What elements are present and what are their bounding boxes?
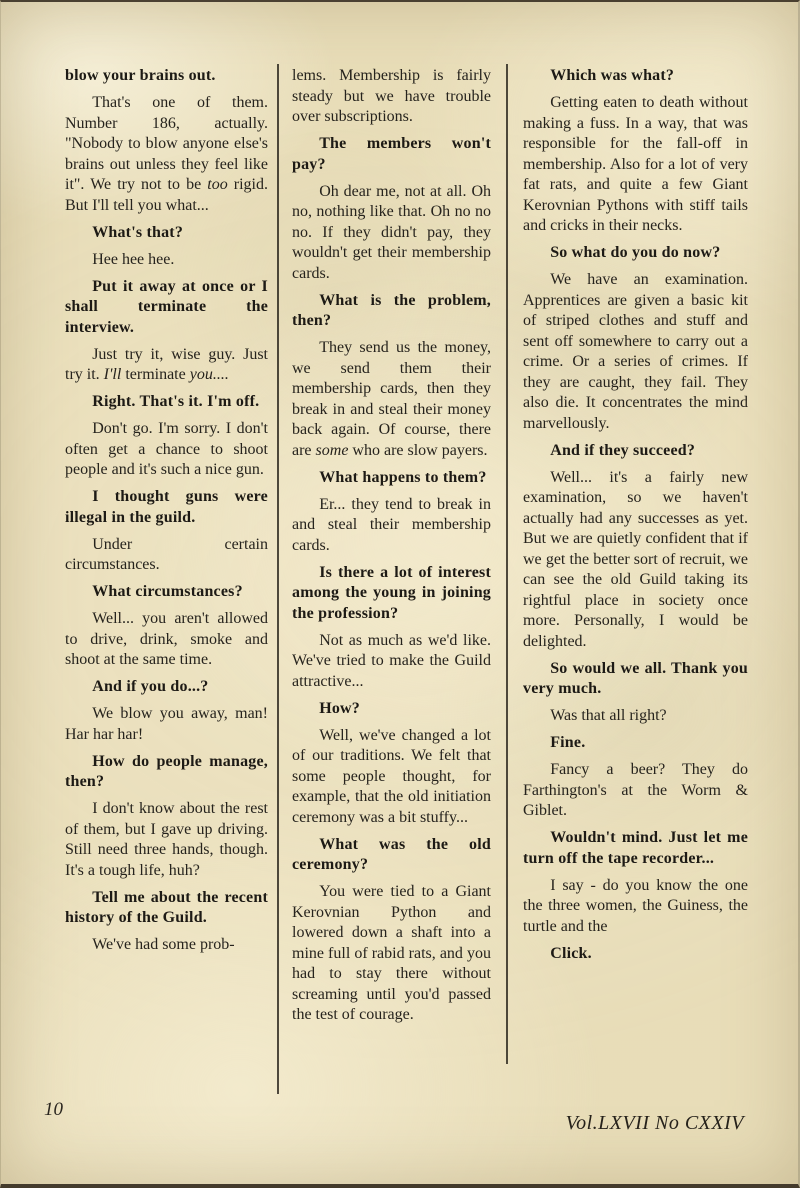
text-segment: Fancy a beer? They do Farthington's at t… [523,761,748,819]
question-paragraph: Put it away at once or I shall terminate… [65,277,268,339]
text-segment: What circumstances? [92,583,243,600]
text-segment: And if you do...? [92,678,208,695]
answer-paragraph: We blow you away, man! Har har har! [65,704,268,745]
text-segment: What is the problem, then? [292,292,491,330]
question-paragraph: The members won't pay? [292,134,491,175]
text-segment: Fine. [550,734,585,751]
question-paragraph: Which was what? [523,66,748,87]
text-segment: blow your brains out. [65,67,216,84]
question-paragraph: What happens to them? [292,468,491,489]
text-segment: terminate [121,366,189,383]
text-segment: who are slow payers. [348,442,487,459]
answer-paragraph: Fancy a beer? They do Farthington's at t… [523,760,748,822]
text-segment: You were tied to a Giant Kerovnian Pytho… [292,883,491,1023]
text-segment: Wouldn't mind. Just let me turn off the … [523,829,748,867]
question-paragraph: blow your brains out. [65,66,268,87]
text-segment: We blow you away, man! Har har har! [65,705,268,743]
answer-paragraph: Well... you aren't allowed to drive, dri… [65,609,268,671]
text-segment: We've had some prob- [92,936,234,953]
text-segment: Well... you aren't allowed to drive, dri… [65,610,268,668]
text-segment: Oh dear me, not at all. Oh no, nothing l… [292,183,491,282]
text-segment: Right. That's it. I'm off. [92,393,259,410]
text-segment: What happens to them? [319,469,486,486]
question-paragraph: Tell me about the recent history of the … [65,888,268,929]
text-column-2: lems. Membership is fairly steady but we… [292,66,491,1032]
magazine-page: blow your brains out.That's one of them.… [0,0,800,1188]
answer-paragraph: I say - do you know the one the three wo… [523,876,748,938]
text-segment: Getting eaten to death without making a … [523,94,748,234]
text-segment: And if they succeed? [550,442,695,459]
text-segment: I thought guns were illegal in the guild… [65,488,268,526]
page-number: 10 [44,1099,63,1121]
answer-paragraph: Was that all right? [523,706,748,727]
answer-paragraph: That's one of them. Number 186, actually… [65,93,268,216]
answer-paragraph: lems. Membership is fairly steady but we… [292,66,491,128]
text-segment: Not as much as we'd like. We've tried to… [292,632,491,690]
italic-text-segment: I'll [104,366,122,383]
answer-paragraph: Under certain circumstances. [65,535,268,576]
italic-text-segment: some [316,442,349,459]
text-segment: Was that all right? [550,707,666,724]
answer-paragraph: Well, we've changed a lot of our traditi… [292,726,491,829]
volume-issue-label: Vol.LXVII No CXXIV [566,1112,744,1135]
answer-paragraph: I don't know about the rest of them, but… [65,799,268,881]
text-segment: We have an examination. Apprentices are … [523,271,748,432]
question-paragraph: Wouldn't mind. Just let me turn off the … [523,828,748,869]
text-segment: Don't go. I'm sorry. I don't often get a… [65,420,268,478]
column-divider [506,64,508,1064]
question-paragraph: Fine. [523,733,748,754]
italic-text-segment: you.... [190,366,229,383]
question-paragraph: What was the old ceremony? [292,835,491,876]
question-paragraph: And if they succeed? [523,441,748,462]
text-segment: I say - do you know the one the three wo… [523,877,748,935]
text-segment: Tell me about the recent history of the … [65,889,268,927]
text-segment: How? [319,700,360,717]
text-segment: Hee hee hee. [92,251,174,268]
column-divider [277,64,279,1094]
question-paragraph: What's that? [65,223,268,244]
question-paragraph: And if you do...? [65,677,268,698]
answer-paragraph: Not as much as we'd like. We've tried to… [292,631,491,693]
text-segment: So would we all. Thank you very much. [523,660,748,698]
text-segment: Well... it's a fairly new examination, s… [523,469,748,650]
question-paragraph: How do people manage, then? [65,752,268,793]
text-segment: What's that? [92,224,183,241]
text-segment: The members won't pay? [292,135,491,173]
text-segment: Which was what? [550,67,674,84]
answer-paragraph: Getting eaten to death without making a … [523,93,748,237]
text-segment: Well, we've changed a lot of our traditi… [292,727,491,826]
text-segment: What was the old ceremony? [292,836,491,874]
answer-paragraph: We've had some prob- [65,935,268,956]
answer-paragraph: Don't go. I'm sorry. I don't often get a… [65,419,268,481]
question-paragraph: I thought guns were illegal in the guild… [65,487,268,528]
answer-paragraph: We have an examination. Apprentices are … [523,270,748,434]
text-segment: So what do you do now? [550,244,720,261]
question-paragraph: So would we all. Thank you very much. [523,659,748,700]
text-segment: lems. Membership is fairly steady but we… [292,67,491,125]
question-paragraph: What circumstances? [65,582,268,603]
text-segment: How do people manage, then? [65,753,268,791]
text-segment: Is there a lot of interest among the you… [292,564,491,622]
answer-paragraph: They send us the money, we send them the… [292,338,491,461]
question-paragraph: Right. That's it. I'm off. [65,392,268,413]
text-segment: Er... they tend to break in and steal th… [292,496,491,554]
text-column-1: blow your brains out.That's one of them.… [65,66,268,962]
question-paragraph: Click. [523,944,748,965]
question-paragraph: How? [292,699,491,720]
answer-paragraph: Hee hee hee. [65,250,268,271]
answer-paragraph: You were tied to a Giant Kerovnian Pytho… [292,882,491,1026]
text-segment: I don't know about the rest of them, but… [65,800,268,879]
text-column-3: Which was what?Getting eaten to death wi… [523,66,748,971]
text-segment: Put it away at once or I shall terminate… [65,278,268,336]
question-paragraph: So what do you do now? [523,243,748,264]
text-segment: Click. [550,945,592,962]
answer-paragraph: Er... they tend to break in and steal th… [292,495,491,557]
answer-paragraph: Oh dear me, not at all. Oh no, nothing l… [292,182,491,285]
question-paragraph: Is there a lot of interest among the you… [292,563,491,625]
question-paragraph: What is the problem, then? [292,291,491,332]
answer-paragraph: Just try it, wise guy. Just try it. I'll… [65,345,268,386]
text-segment: Under certain circumstances. [65,536,268,574]
answer-paragraph: Well... it's a fairly new examination, s… [523,468,748,653]
italic-text-segment: too [207,176,227,193]
